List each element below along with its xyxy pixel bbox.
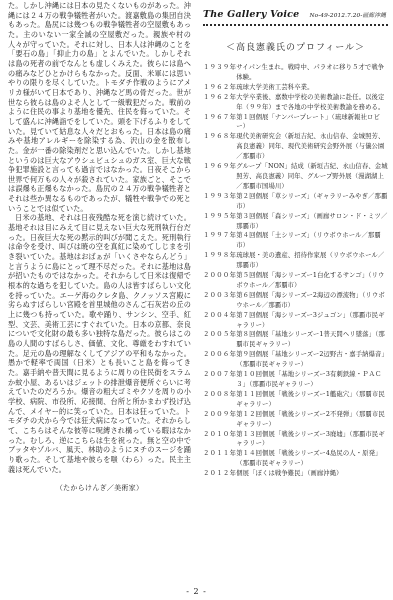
entry-year: ２０１１年	[203, 449, 236, 459]
entry-year: １９９３年	[203, 192, 236, 202]
profile-entry: ２００３年第６回個展「海シリーズー2海辺の漂流物」（リウボウホール／那覇市）	[203, 291, 388, 311]
entry-year: ２００６年	[203, 350, 236, 360]
entry-text: 第１１回個展「戦後シリーズー1艦砲穴」（那覇市民ギャラリー）	[236, 390, 388, 410]
profile-entry: １９６７年第１回個展「ナンバープレート」（琉球新報社ロビー）	[203, 113, 388, 133]
issue-info: No-49-2012.7.20-画廊沖縄	[309, 13, 386, 19]
profile-entry: １９９５年第３回個展「森シリーズ」（画廊サロン・ド・ミツ／那覇市）	[203, 212, 388, 232]
entry-text: 第７回個展「海シリーズー3ジュゴン」（那覇市民ギャラリー）	[236, 311, 388, 331]
profile-entry: ２０１０年第１３回個展「戦後シリーズー3廃墟」（那覇市民ギャラリー）	[203, 430, 388, 450]
entry-year: ２００７年	[203, 370, 236, 380]
profile-column: The Gallery Voice No-49-2012.7.20-画廊沖縄 ＜…	[203, 2, 388, 479]
page-number: - 2 -	[0, 587, 393, 596]
newsletter-title: The Gallery Voice	[203, 9, 299, 20]
profile-entry: １９６２年大学卒業後、嘉数中学校の美術教諭に赴任。以後定年（９９年）まで各地の中…	[203, 93, 388, 113]
entry-text: 個展「ぼくは戦争難民」（画廊沖縄）	[236, 469, 388, 479]
essay-column: た。しかし沖縄には日本の見たくないものがあった。沖縄には２４万の戦争犠牲者がいた…	[8, 1, 191, 493]
entry-text: 第１３回個展「戦後シリーズー3廃墟」（那覇市民ギャラリー）	[236, 430, 388, 450]
profile-entry: １９６９年グループ「NON」結成（新垣吉紀、永山信春、金城照芳、高良憲義）同年、…	[203, 162, 388, 192]
profile-entry: １９６８年現代美術研究会（新垣吉紀、永山信春、金城照芳、高良憲義）同年、現代美術…	[203, 132, 388, 162]
entry-text: 現代美術研究会（新垣吉紀、永山信春、金城照芳、高良憲義）同年、現代美術研究会野外…	[236, 132, 388, 162]
entry-year: ２０１２年	[203, 469, 236, 479]
entry-year: １９９７年	[203, 231, 236, 241]
entry-year: １９９５年	[203, 212, 236, 222]
entry-year: ２００５年	[203, 330, 236, 340]
profile-entry: ２０１１年第１４回個展「戦後シリーズー4島尻の人・原発」（那覇市民ギャラリー）	[203, 449, 388, 469]
entry-text: 第２回個展「草シリーズ」（ギャラリーみやぎ／那覇市）	[236, 192, 388, 212]
entry-year: １９９８年	[203, 251, 236, 261]
entry-text: 第４回個展「土シリーズ」（リウボウホール／那覇市）	[236, 231, 388, 251]
entry-year: １９６７年	[203, 113, 236, 123]
profile-entry: ２０１２年個展「ぼくは戦争難民」（画廊沖縄）	[203, 469, 388, 479]
profile-entry: １９９３年第２回個展「草シリーズ」（ギャラリーみやぎ／那覇市）	[203, 192, 388, 212]
essay-signature: （たからけんぎ／美術家）	[8, 483, 191, 493]
profile-entry: ２００９年第１２回個展「戦後シリーズー2不発弾」（那覇市民ギャラリー）	[203, 410, 388, 430]
entry-text: 大学卒業後、嘉数中学校の美術教諭に赴任。以後定年（９９年）まで各地の中学校美術教…	[236, 93, 388, 113]
entry-text: 琉球展・美の遺産、招待作家展（リウボウホール／那覇市）	[236, 251, 388, 271]
entry-text: 第６回個展「海シリーズー2海辺の漂流物」（リウボウホール／那覇市）	[236, 291, 388, 311]
profile-entry: １９９８年琉球展・美の遺産、招待作家展（リウボウホール／那覇市）	[203, 251, 388, 271]
entry-year: ２００９年	[203, 410, 236, 420]
entry-text: グループ「NON」結成（新垣吉紀、永山信春、金城照芳、高良憲義）同年、グループ野…	[236, 162, 388, 192]
profile-entry: ２０００年第５回個展「海シリーズー1白化するサンゴ」（リウボウホール／那覇市）	[203, 271, 388, 291]
entry-text: 第３回個展「森シリーズ」（画廊サロン・ド・ミツ／那覇市）	[236, 212, 388, 232]
essay-paragraphs: た。しかし沖縄には日本の見たくないものがあった。沖縄には２４万の戦争犠牲者がいた…	[8, 1, 191, 474]
entry-year: １９６２年	[203, 93, 236, 103]
entry-year: １９６２年	[203, 83, 236, 93]
profile-entry: ２００６年第９回個展「基地シリーズー2辺野古・嘉手納爆音」（那覇市民ギャラリー）	[203, 350, 388, 370]
newsletter-page: た。しかし沖縄には日本の見たくないものがあった。沖縄には２４万の戦争犠牲者がいた…	[0, 0, 393, 600]
entry-text: サイパン生まれ。戦時中、パラオに移り５才で戦争体験。	[236, 63, 388, 83]
entry-year: １９３９年	[203, 63, 236, 73]
entry-year: ２００３年	[203, 291, 236, 301]
entry-year: ２００８年	[203, 390, 236, 400]
profile-entry: １９９７年第４回個展「土シリーズ」（リウボウホール／那覇市）	[203, 231, 388, 251]
entry-year: １９６８年	[203, 132, 236, 142]
profile-entry: ２００５年第８回個展「基地シリーズー1普天間ヘリ墜落」（那覇市民ギャラリー）	[203, 330, 388, 350]
entry-year: ２０１０年	[203, 430, 236, 440]
profile-heading: ＜高良憲義氏のプロフィール＞	[203, 40, 388, 53]
entry-text: 第１４回個展「戦後シリーズー4島尻の人・原発」（那覇市民ギャラリー）	[236, 449, 388, 469]
profile-entry: ２００４年第７回個展「海シリーズー3ジュゴン」（那覇市民ギャラリー）	[203, 311, 388, 331]
masthead: The Gallery Voice No-49-2012.7.20-画廊沖縄	[203, 2, 388, 21]
entry-year: ２００４年	[203, 311, 236, 321]
entry-text: 第５回個展「海シリーズー1白化するサンゴ」（リウボウホール／那覇市）	[236, 271, 388, 291]
entry-text: 第９回個展「基地シリーズー2辺野古・嘉手納爆音」（那覇市民ギャラリー）	[236, 350, 388, 370]
entry-year: １９６９年	[203, 162, 236, 172]
profile-entry: １９３９年サイパン生まれ。戦時中、パラオに移り５才で戦争体験。	[203, 63, 388, 83]
entry-text: 第１２回個展「戦後シリーズー2不発弾」（那覇市民ギャラリー）	[236, 410, 388, 430]
essay-paragraph: た。しかし沖縄には日本の見たくないものがあった。沖縄には２４万の戦争犠牲者がいた…	[8, 1, 191, 213]
essay-paragraph: 日米の基地、それは日夜残酷な死を演じ続けていた。基地それは目にみえて目に見えない…	[8, 213, 191, 474]
profile-entries: １９３９年サイパン生まれ。戦時中、パラオに移り５才で戦争体験。１９６２年琉球大学…	[203, 63, 388, 479]
profile-entry: ２００８年第１１回個展「戦後シリーズー1艦砲穴」（那覇市民ギャラリー）	[203, 390, 388, 410]
dotted-divider	[203, 24, 388, 26]
entry-text: 第１０回個展「基地シリーズー3有刺鉄線・ＰＡＣ３」（那覇市民ギャラリー）	[236, 370, 388, 390]
entry-year: ２０００年	[203, 271, 236, 281]
entry-text: 第８回個展「基地シリーズー1普天間ヘリ墜落」（那覇市民ギャラリー）	[236, 330, 388, 350]
entry-text: 琉球大学美術工芸科卒業。	[236, 83, 388, 93]
profile-entry: ２００７年第１０回個展「基地シリーズー3有刺鉄線・ＰＡＣ３」（那覇市民ギャラリー…	[203, 370, 388, 390]
profile-entry: １９６２年琉球大学美術工芸科卒業。	[203, 83, 388, 93]
entry-text: 第１回個展「ナンバープレート」（琉球新報社ロビー）	[236, 113, 388, 133]
